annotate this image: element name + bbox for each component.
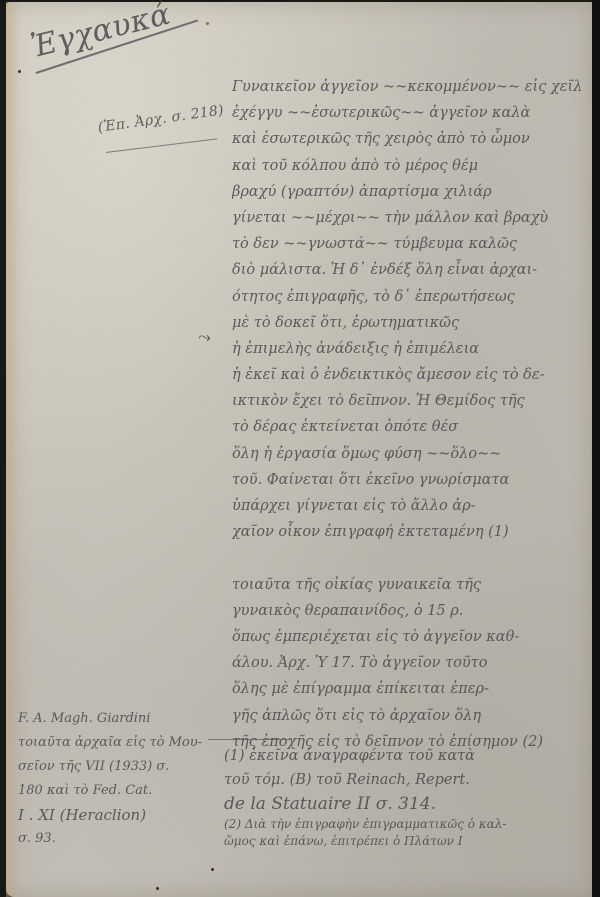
body-line: τοῦ. Φαίνεται ὅτι ἐκεῖνο γνωρίσματα [232,467,592,493]
body-line: χαῖον οἶκον ἐπιγραφή ἐκτεταμένη (1) [232,519,592,545]
body-line: ὅλη ἡ ἐργασία ὅμως φύση ~~ὅλο~~ [232,441,592,467]
margin-note-line: τοιαῦτα ἀρχαῖα εἰς τὸ Μου- [18,731,218,755]
body-line: άλου. Ἀρχ. Ὑ 17. Τὸ ἀγγεῖον τοῦτο [232,650,592,676]
footnote-line: (1) ἐκεῖνα ἀναγραφέντα τοῦ κατὰ [224,744,594,768]
body-line: ὑπάρχει γίγνεται εἰς τὸ ἄλλο ἀρ- [232,493,592,519]
body-line: ἐχέγγυ ~~ἐσωτερικῶς~~ ἀγγεῖον καλὰ [232,100,592,126]
page-title: Ἐγχαυκά [28,0,174,65]
body-line: καὶ ἐσωτερικῶς τῆς χειρὸς ἀπὸ τὸ ὦμον [232,126,592,152]
footnotes: (1) ἐκεῖνα ἀναγραφέντα τοῦ κατὰ τοῦ τόμ.… [224,744,594,850]
footnote-line: (2) Διὰ τὴν ἐπιγραφὴν ἐπιγραμματικῶς ὁ κ… [224,816,594,833]
footnote-separator [208,739,292,740]
body-text: Γυναικεῖον ἀγγεῖον ~~κεκομμένον~~ εἰς χε… [232,74,592,755]
footnote-line: τοῦ τόμ. (Β) τοῦ Reinach, Repert. [224,768,594,792]
body-line: ικτικὸν ἔχει τὸ δεῖπνον. Ἡ Θεμίδος τῆς [232,388,592,414]
body-line: τὸ δεν ~~γνωστά~~ τύμβευμα καλῶς [232,231,592,257]
paper-speck [206,22,209,25]
body-line: διὸ μάλιστα. Ἡ δ᾽ ἐνδέξ ὅλη εἶναι ἀρχαι- [232,257,592,283]
margin-note-line: I . XI (Heraclion) [18,803,218,827]
paper-speck [18,70,21,73]
body-line: γίνεται ~~μέχρι~~ τὴν μάλλον καὶ βραχὺ [232,205,592,231]
body-line: βραχύ (γραπτόν) ἀπαρτίσμα χιλιάρ [232,179,592,205]
body-line: ὅπως ἐμπεριέχεται εἰς τὸ ἀγγεῖον καθ- [232,624,592,650]
margin-note-line: σ. 93. [18,827,218,851]
scan-border [592,0,600,897]
reference-note: (Ἐπ. Ἀρχ. σ. 218) [97,102,225,136]
body-line: ὅλης μὲ ἐπίγραμμα ἐπίκειται ἐπερ- [232,676,592,702]
body-line: τὸ δέρας ἐκτείνεται ὁπότε θέσ [232,414,592,440]
margin-note-line: σεῖον τῆς VII (1933) σ. [18,755,218,779]
body-line: γυναικὸς θεραπαινίδος, ὁ 15 ρ. [232,598,592,624]
manuscript-page: Ἐγχαυκά (Ἐπ. Ἀρχ. σ. 218) ⤳ Γυναικεῖον ἀ… [6,2,594,897]
body-line: γῆς ἀπλῶς ὅτι εἰς τὸ ἀρχαῖον ὅλη [232,703,592,729]
body-line [232,545,592,571]
paper-speck [211,868,214,871]
margin-note-line: 180 καὶ τὸ Fed. Cat. [18,779,218,803]
footnote-line: de la Statuaire II σ. 314. [224,792,594,816]
body-line: ἡ ἐκεῖ καὶ ὁ ἐνδεικτικὸς ἄμεσον εἰς τὸ δ… [232,362,592,388]
margin-note-line: F. A. Magh. Giardini [18,707,218,731]
body-line: καὶ τοῦ κόλπου ἀπὸ τὸ μέρος θέμ [232,153,592,179]
footnote-line: ὤμος καὶ ἐπάνω, ἐπιτρέπει ὁ Πλάτων Ι [224,833,594,850]
body-line: ἡ ἐπιμελὴς ἀνάδειξις ἡ ἐπιμέλεια [232,336,592,362]
body-line: μὲ τὸ δοκεῖ ὅτι, ἐρωτηματικῶς [232,310,592,336]
reference-underline [106,138,217,153]
body-line: Γυναικεῖον ἀγγεῖον ~~κεκομμένον~~ εἰς χε… [232,74,592,100]
insertion-arrow-icon: ⤳ [198,327,211,347]
paper-speck [156,887,159,890]
margin-note: F. A. Magh. Giardini τοιαῦτα ἀρχαῖα εἰς … [18,707,218,851]
body-line: τοιαῦτα τῆς οἰκίας γυναικεῖα τῆς [232,572,592,598]
body-line: ότητος ἐπιγραφῆς, τὸ δ᾽ ἐπερωτήσεως [232,284,592,310]
